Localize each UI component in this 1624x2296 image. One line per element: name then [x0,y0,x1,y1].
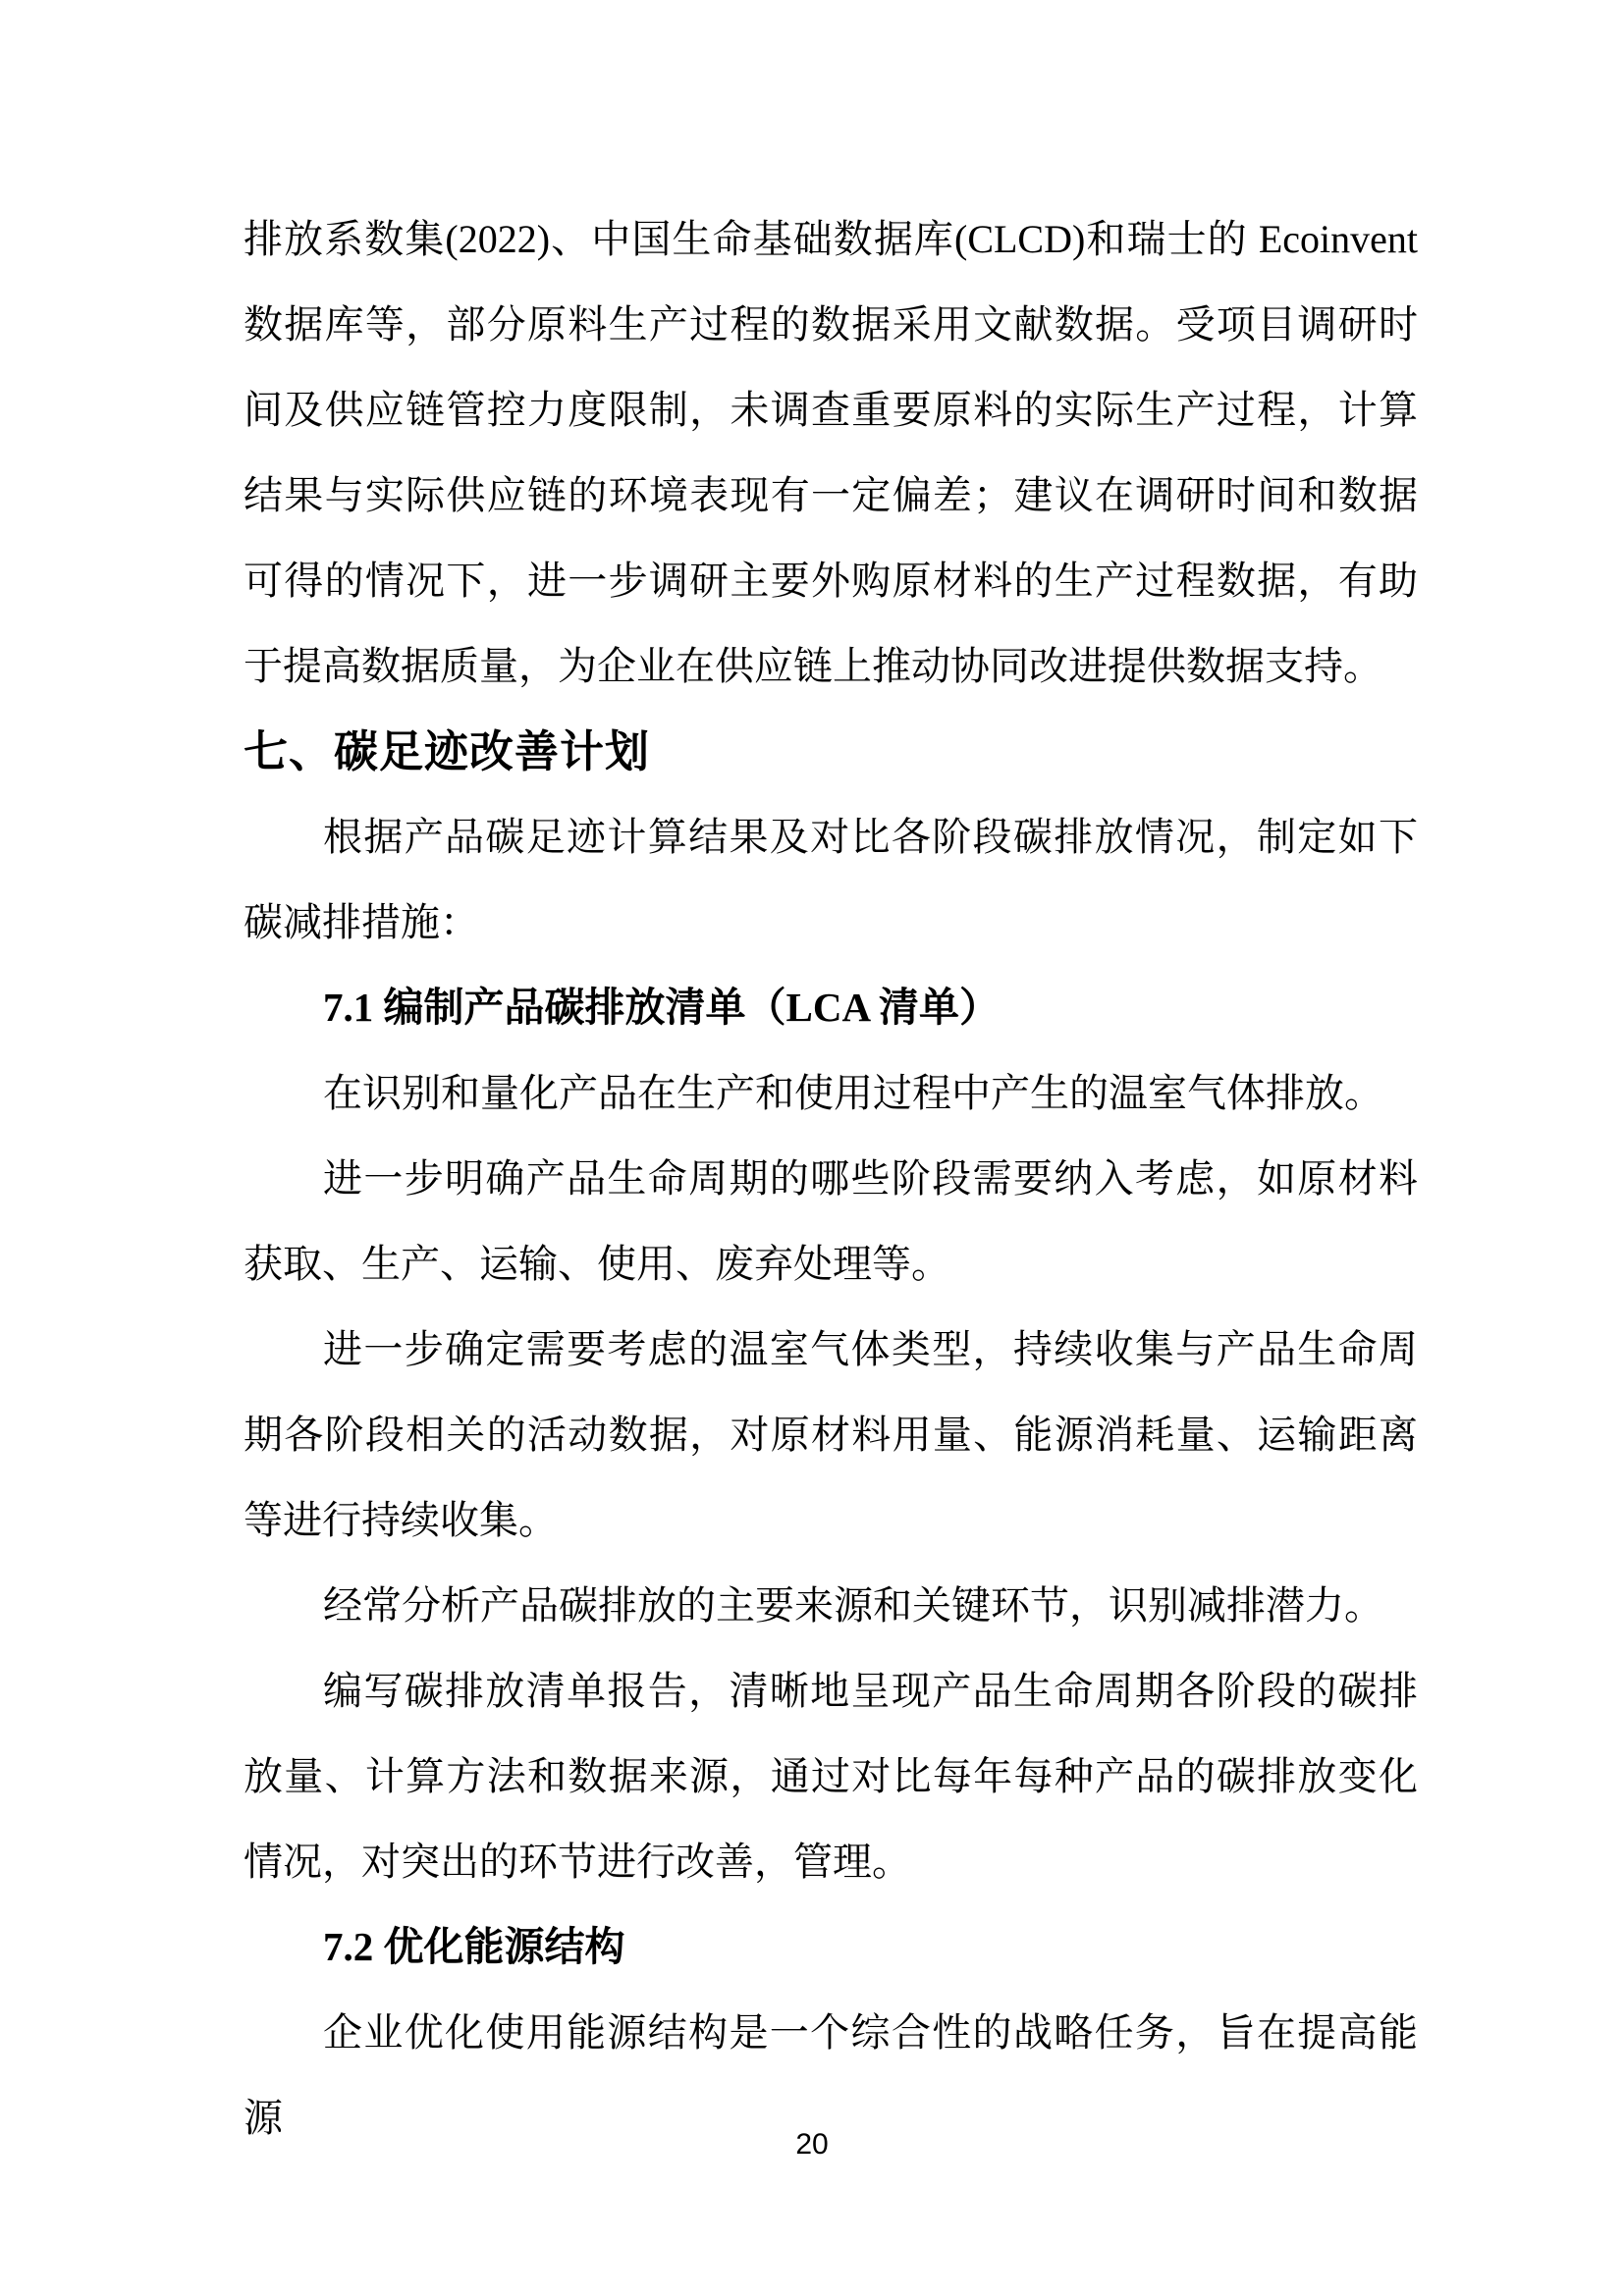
paragraph-inventory-report: 编写碳排放清单报告，清晰地呈现产品生命周期各阶段的碳排放量、计算方法和数据来源，… [244,1648,1418,1904]
paragraph-data-sources: 排放系数集(2022)、中国生命基础数据库(CLCD)和瑞士的 Ecoinven… [244,196,1418,709]
paragraph-identify-quantify: 在识别和量化产品在生产和使用过程中产生的温室气体排放。 [244,1050,1418,1136]
paragraph-analyze-sources: 经常分析产品碳排放的主要来源和关键环节，识别减排潜力。 [244,1563,1418,1648]
page-footer: 20 [0,2128,1624,2162]
paragraph-measures-intro: 根据产品碳足迹计算结果及对比各阶段碳排放情况，制定如下碳减排措施： [244,794,1418,965]
document-page: 排放系数集(2022)、中国生命基础数据库(CLCD)和瑞士的 Ecoinven… [0,0,1624,2296]
subsection-heading-7-2: 7.2 优化能源结构 [244,1904,1418,1990]
paragraph-lifecycle-stages: 进一步明确产品生命周期的哪些阶段需要纳入考虑，如原材料获取、生产、运输、使用、废… [244,1136,1418,1307]
page-content: 排放系数集(2022)、中国生命基础数据库(CLCD)和瑞士的 Ecoinven… [244,196,1418,2161]
subsection-heading-7-1: 7.1 编制产品碳排放清单（LCA 清单） [244,965,1418,1050]
page-number: 20 [795,2128,828,2161]
chapter-heading-7: 七、碳足迹改善计划 [244,709,1418,794]
paragraph-ghg-types-data: 进一步确定需要考虑的温室气体类型，持续收集与产品生命周期各阶段相关的活动数据，对… [244,1307,1418,1563]
